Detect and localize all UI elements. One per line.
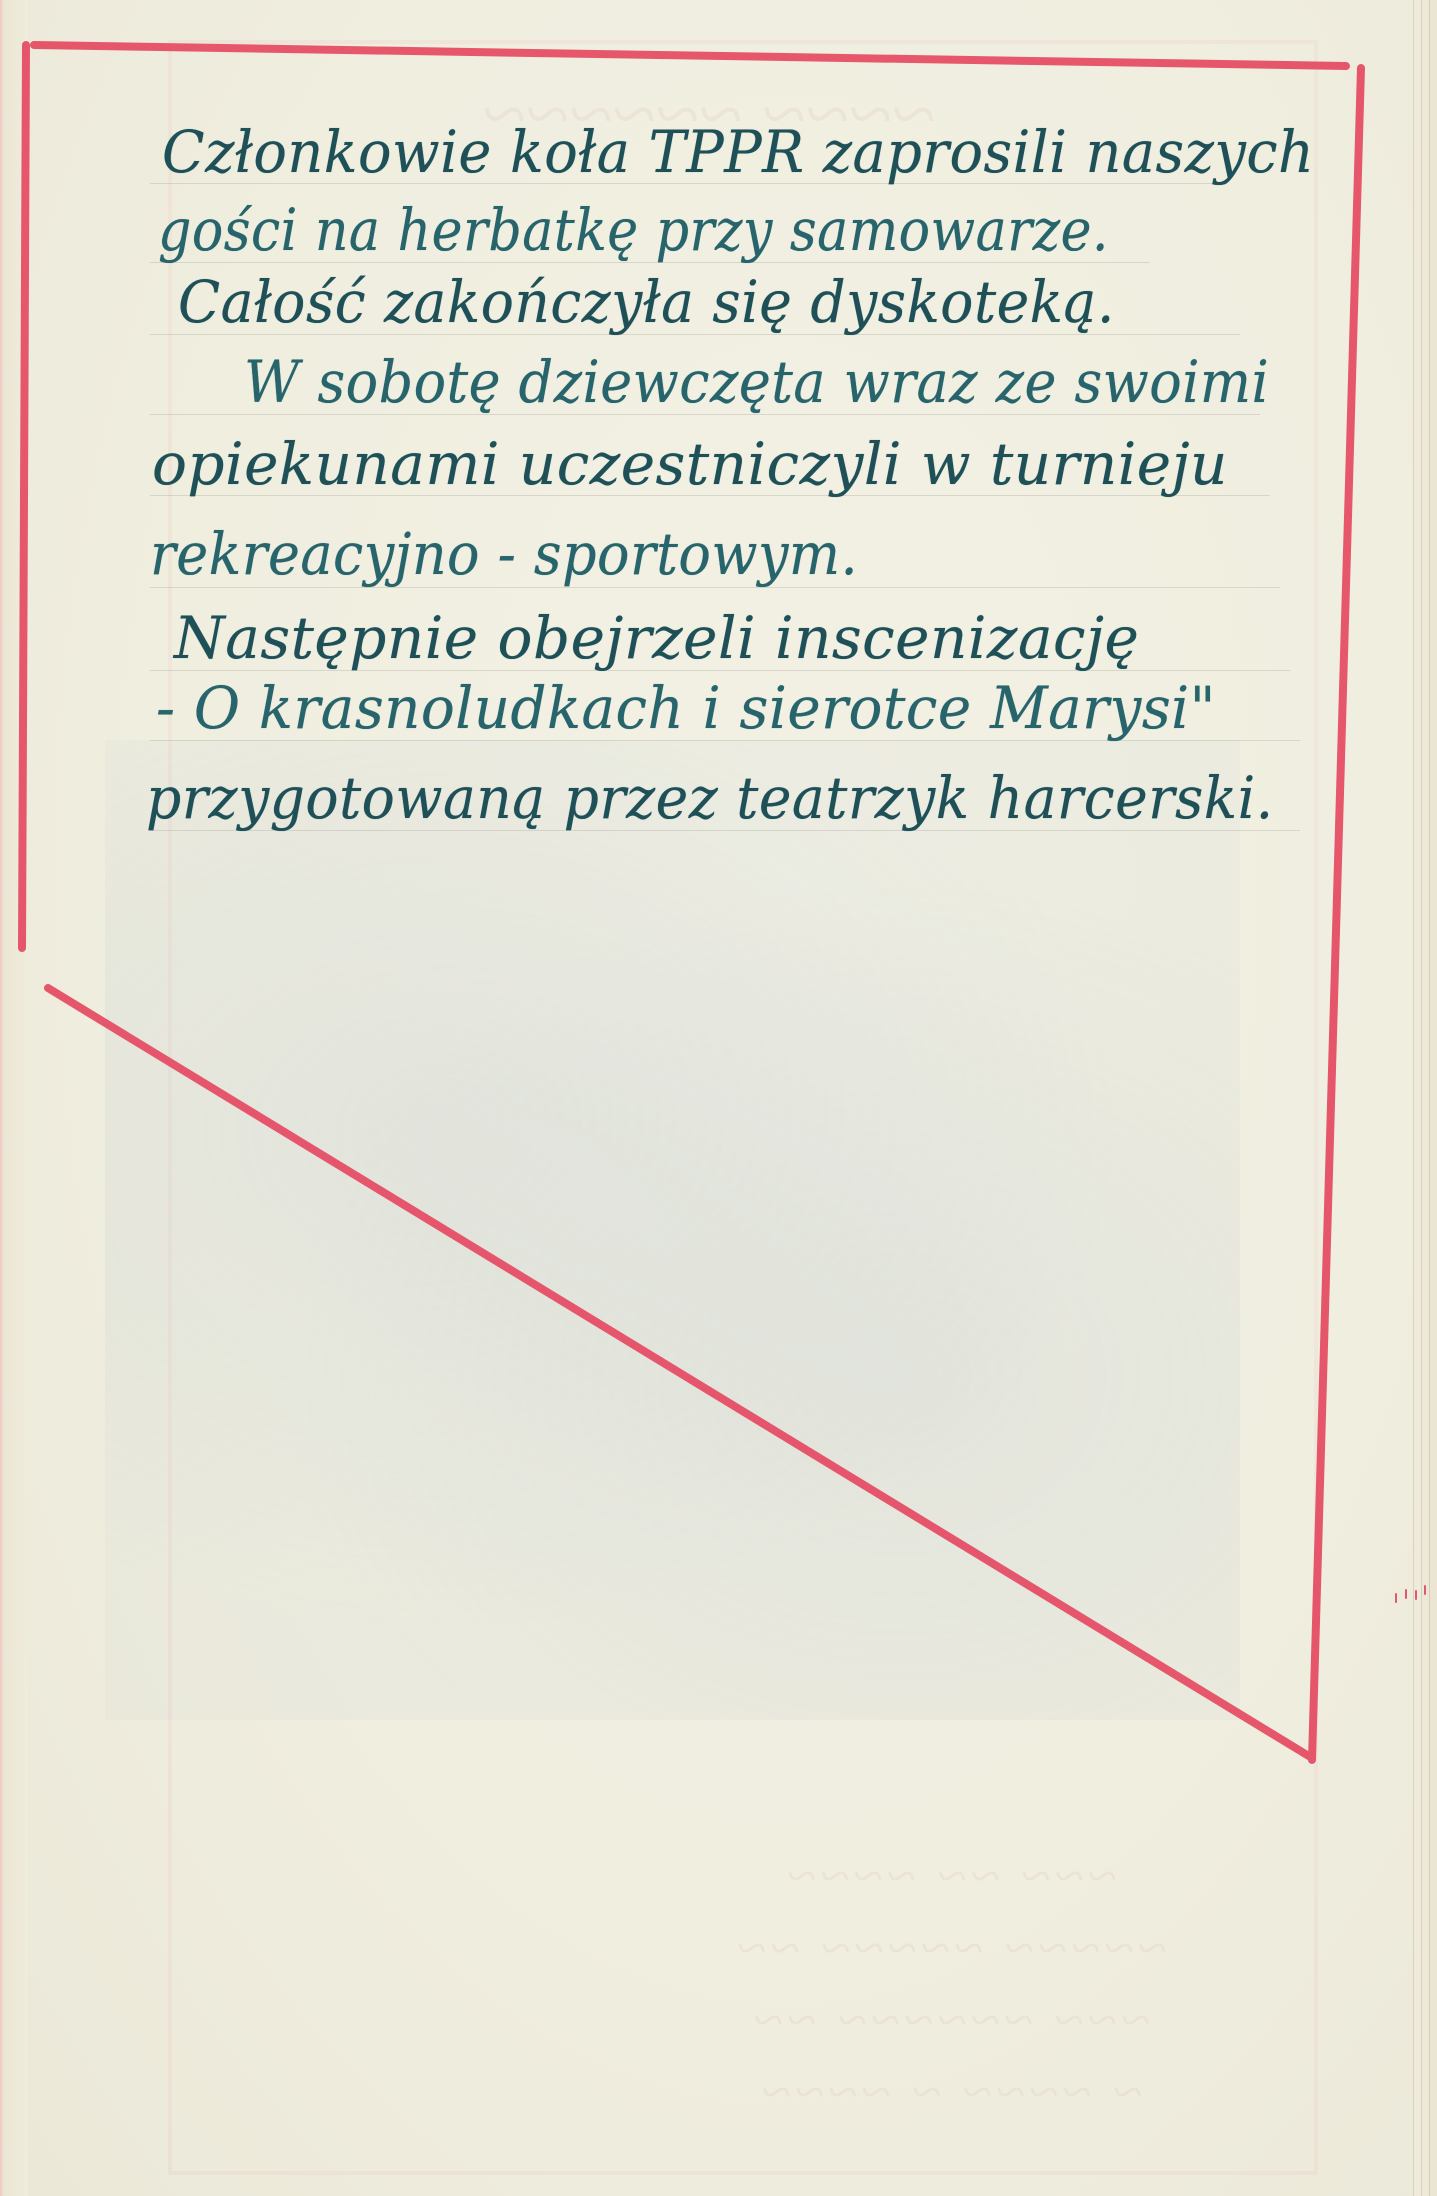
handwritten-line-3: Całość zakończyła się dyskoteką. (178, 268, 1115, 336)
handwritten-line-7: Następnie obejrzeli inscenizację (174, 604, 1139, 672)
handwritten-line-6: rekreacyjno - sportowym. (150, 520, 858, 588)
handwritten-line-8: - O krasnoludkach i sierotce Marysi" (156, 674, 1216, 742)
handwritten-line-4: W sobotę dziewczęta wraz ze swoimi (244, 348, 1269, 416)
handwritten-line-9: przygotowaną przez teatrzyk harcerski. (146, 764, 1274, 832)
handwritten-line-1: Członkowie koła TPPR zaprosili naszych (162, 118, 1314, 186)
notebook-page: ~~~~ ~~~~~~ ~~~ ~~ ~~~~~~~~~ ~~~~~ ~~~~~… (0, 0, 1437, 2196)
handwritten-text: Członkowie koła TPPR zaprosili naszych g… (0, 0, 1437, 2196)
handwritten-line-5: opiekunami uczestniczyli w turnieju (152, 430, 1228, 498)
handwritten-line-2: gości na herbatkę przy samowarze. (158, 196, 1109, 264)
